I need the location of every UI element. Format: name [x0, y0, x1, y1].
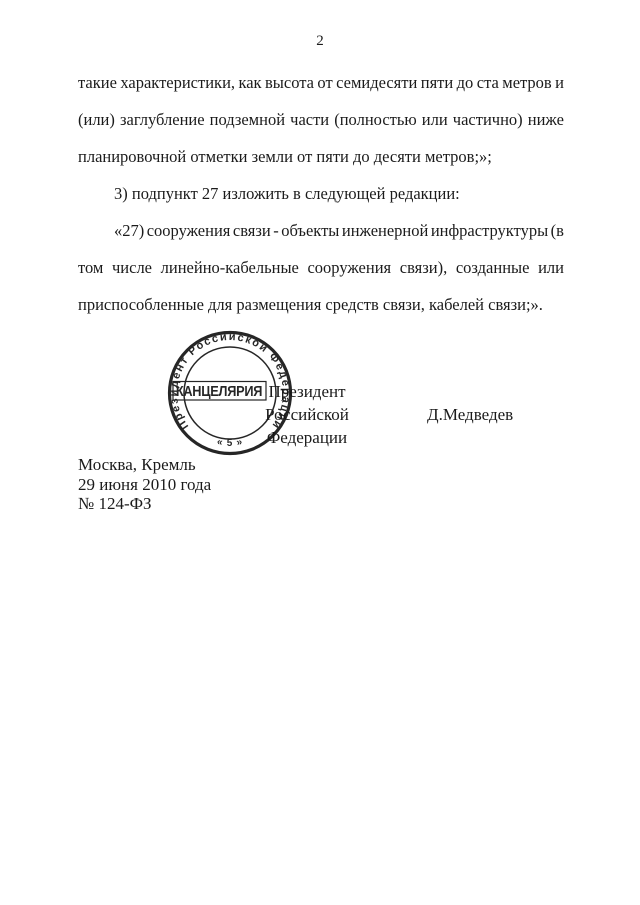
- body-line: 3) подпункт 27 изложить в следующей реда…: [78, 175, 564, 212]
- page-number: 2: [0, 33, 640, 50]
- footer-block: Москва, Кремль 29 июня 2010 года № 124-Ф…: [78, 455, 211, 514]
- footer-number: № 124-ФЗ: [78, 494, 211, 514]
- body-line: планировочной отметки земли от пяти до д…: [78, 138, 564, 175]
- document-body: такиехарактеристики,каквысотаотсемидесят…: [78, 64, 564, 323]
- stamp-number-text: « 5 »: [216, 437, 244, 450]
- svg-text:« 5 »: « 5 »: [216, 437, 244, 450]
- chancellery-stamp-icon: Президент Российской Федерации « 5 » КАН…: [160, 323, 300, 463]
- signature-name: Д.Медведев: [427, 403, 513, 426]
- document-page: 2 такиехарактеристики,каквысотаотсемидес…: [0, 0, 640, 905]
- stamp-center-text: КАНЦЕЛЯРИЯ: [176, 383, 262, 399]
- body-line: томчислелинейно-кабельныесооружениясвязи…: [78, 249, 564, 286]
- footer-place: Москва, Кремль: [78, 455, 211, 475]
- body-line: такиехарактеристики,каквысотаотсемидесят…: [78, 64, 564, 101]
- body-line: (или)заглублениеподземнойчасти(полностью…: [78, 101, 564, 138]
- body-line: «27)сооружениясвязи-объектыинженернойинф…: [114, 212, 564, 249]
- body-line: приспособленные для размещения средств с…: [78, 286, 564, 323]
- footer-date: 29 июня 2010 года: [78, 475, 211, 495]
